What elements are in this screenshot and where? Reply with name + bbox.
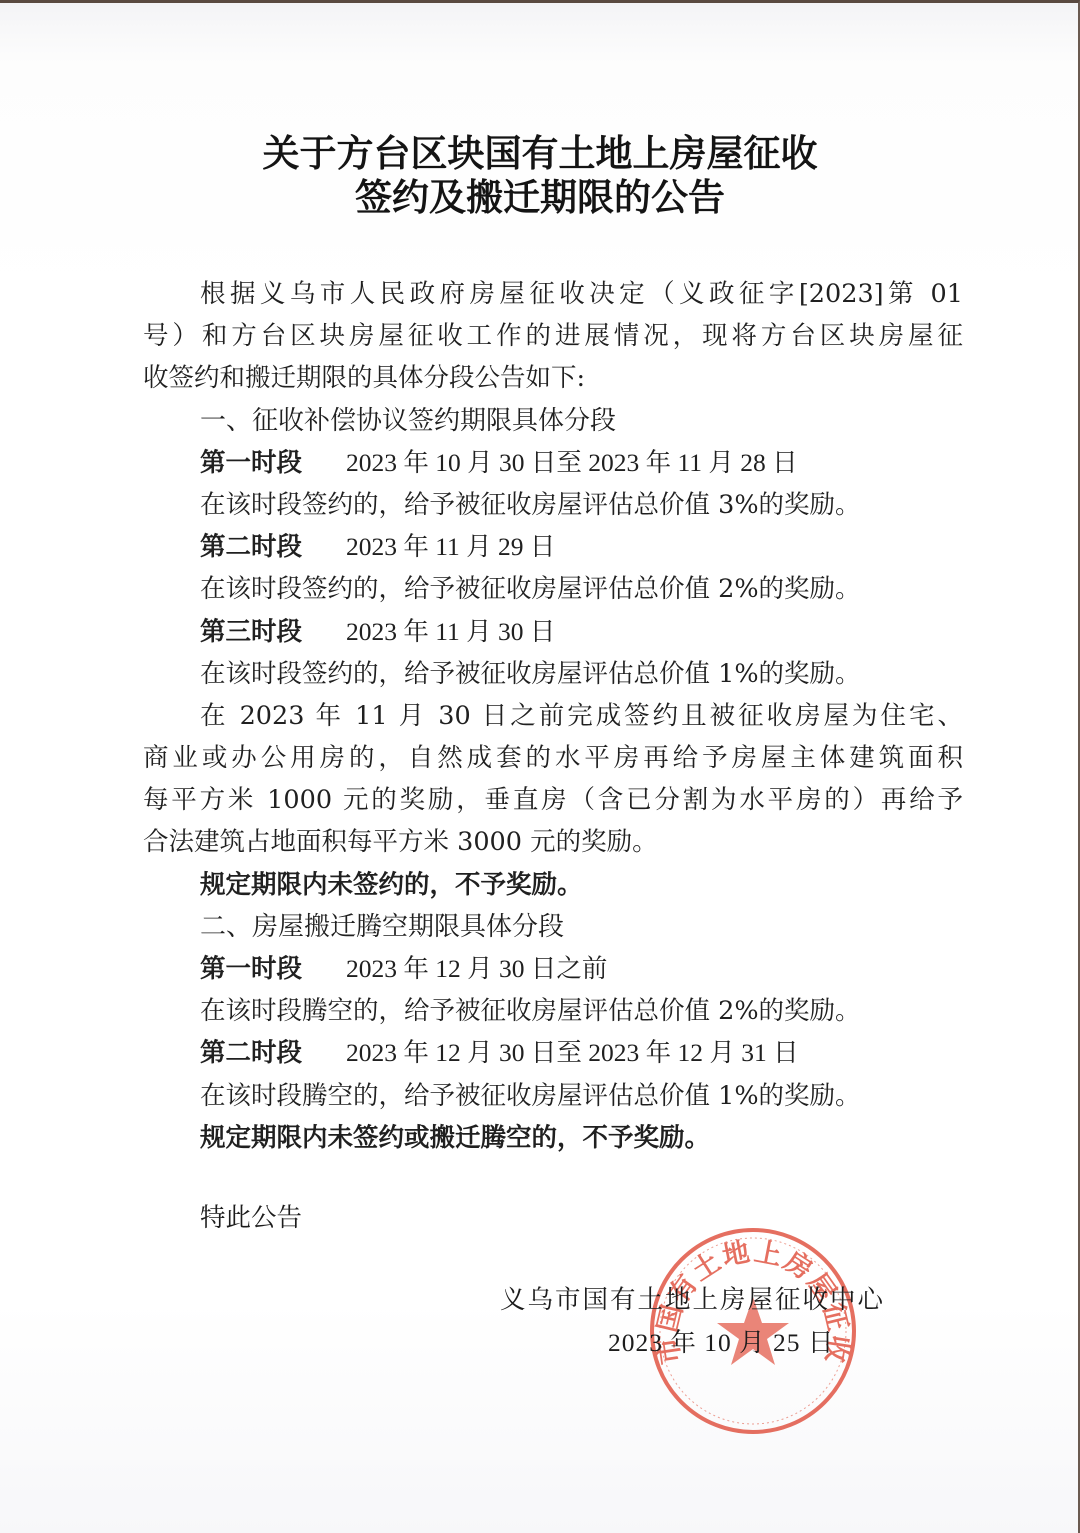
document-date: 2023 年 10 月 25 日 — [608, 1323, 834, 1359]
period-label: 第一时段 — [200, 948, 346, 990]
period-dates: 2023 年 12 月 30 日至 2023 年 12 月 31 日 — [346, 1038, 799, 1067]
document-title-line1: 关于方台区块国有土地上房屋征收 — [0, 131, 1080, 175]
intro-line-3: 收签约和搬迁期限的具体分段公告如下: — [143, 357, 963, 399]
section2-heading: 二、房屋搬迁腾空期限具体分段 — [143, 906, 963, 948]
period-dates: 2023 年 10 月 30 日至 2023 年 11 月 28 日 — [346, 448, 798, 477]
section2-period-1: 第一时段2023 年 12 月 30 日之前 — [143, 948, 963, 990]
closing-text: 特此公告 — [200, 1198, 302, 1234]
section2-period-2: 第二时段2023 年 12 月 30 日至 2023 年 12 月 31 日 — [143, 1032, 963, 1074]
section1-note: 规定期限内未签约的，不予奖励。 — [143, 864, 963, 906]
document-page: 关于方台区块国有土地上房屋征收 签约及搬迁期限的公告 根据义乌市人民政府房屋征收… — [0, 0, 1080, 1533]
section1-period-2-reward: 在该时段签约的，给予被征收房屋评估总价值 2%的奖励。 — [143, 568, 963, 610]
section2-note: 规定期限内未签约或搬迁腾空的，不予奖励。 — [143, 1117, 963, 1159]
extra-line-3: 每平方米 1000 元的奖励，垂直房（含已分割为水平房的）再给予 — [143, 779, 963, 821]
period-label: 第一时段 — [200, 442, 346, 484]
period-label: 第二时段 — [200, 1032, 346, 1074]
document-body: 根据义乌市人民政府房屋征收决定（义政征字[2023]第 01 号）和方台区块房屋… — [143, 273, 963, 1159]
period-dates: 2023 年 11 月 29 日 — [346, 532, 555, 561]
section1-period-3: 第三时段2023 年 11 月 30 日 — [143, 611, 963, 653]
period-label: 第二时段 — [200, 526, 346, 568]
extra-line-1: 在 2023 年 11 月 30 日之前完成签约且被征收房屋为住宅、 — [143, 695, 963, 737]
intro-line-1: 根据义乌市人民政府房屋征收决定（义政征字[2023]第 01 — [143, 273, 963, 315]
section1-period-3-reward: 在该时段签约的，给予被征收房屋评估总价值 1%的奖励。 — [143, 653, 963, 695]
intro-line-2: 号）和方台区块房屋征收工作的进展情况，现将方台区块房屋征 — [143, 315, 963, 357]
period-label: 第三时段 — [200, 611, 346, 653]
period-dates: 2023 年 11 月 30 日 — [346, 617, 555, 646]
document-title-line2: 签约及搬迁期限的公告 — [0, 175, 1080, 219]
period-dates: 2023 年 12 月 30 日之前 — [346, 954, 607, 983]
section1-period-1: 第一时段2023 年 10 月 30 日至 2023 年 11 月 28 日 — [143, 442, 963, 484]
section2-period-1-reward: 在该时段腾空的，给予被征收房屋评估总价值 2%的奖励。 — [143, 990, 963, 1032]
section1-period-1-reward: 在该时段签约的，给予被征收房屋评估总价值 3%的奖励。 — [143, 484, 963, 526]
signer-organization: 义乌市国有土地上房屋征收中心 — [500, 1280, 885, 1316]
section1-period-2: 第二时段2023 年 11 月 29 日 — [143, 526, 963, 568]
section1-heading: 一、征收补偿协议签约期限具体分段 — [143, 400, 963, 442]
extra-line-2: 商业或办公用房的，自然成套的水平房再给予房屋主体建筑面积 — [143, 737, 963, 779]
section2-period-2-reward: 在该时段腾空的，给予被征收房屋评估总价值 1%的奖励。 — [143, 1075, 963, 1117]
extra-line-4: 合法建筑占地面积每平方米 3000 元的奖励。 — [143, 821, 963, 863]
